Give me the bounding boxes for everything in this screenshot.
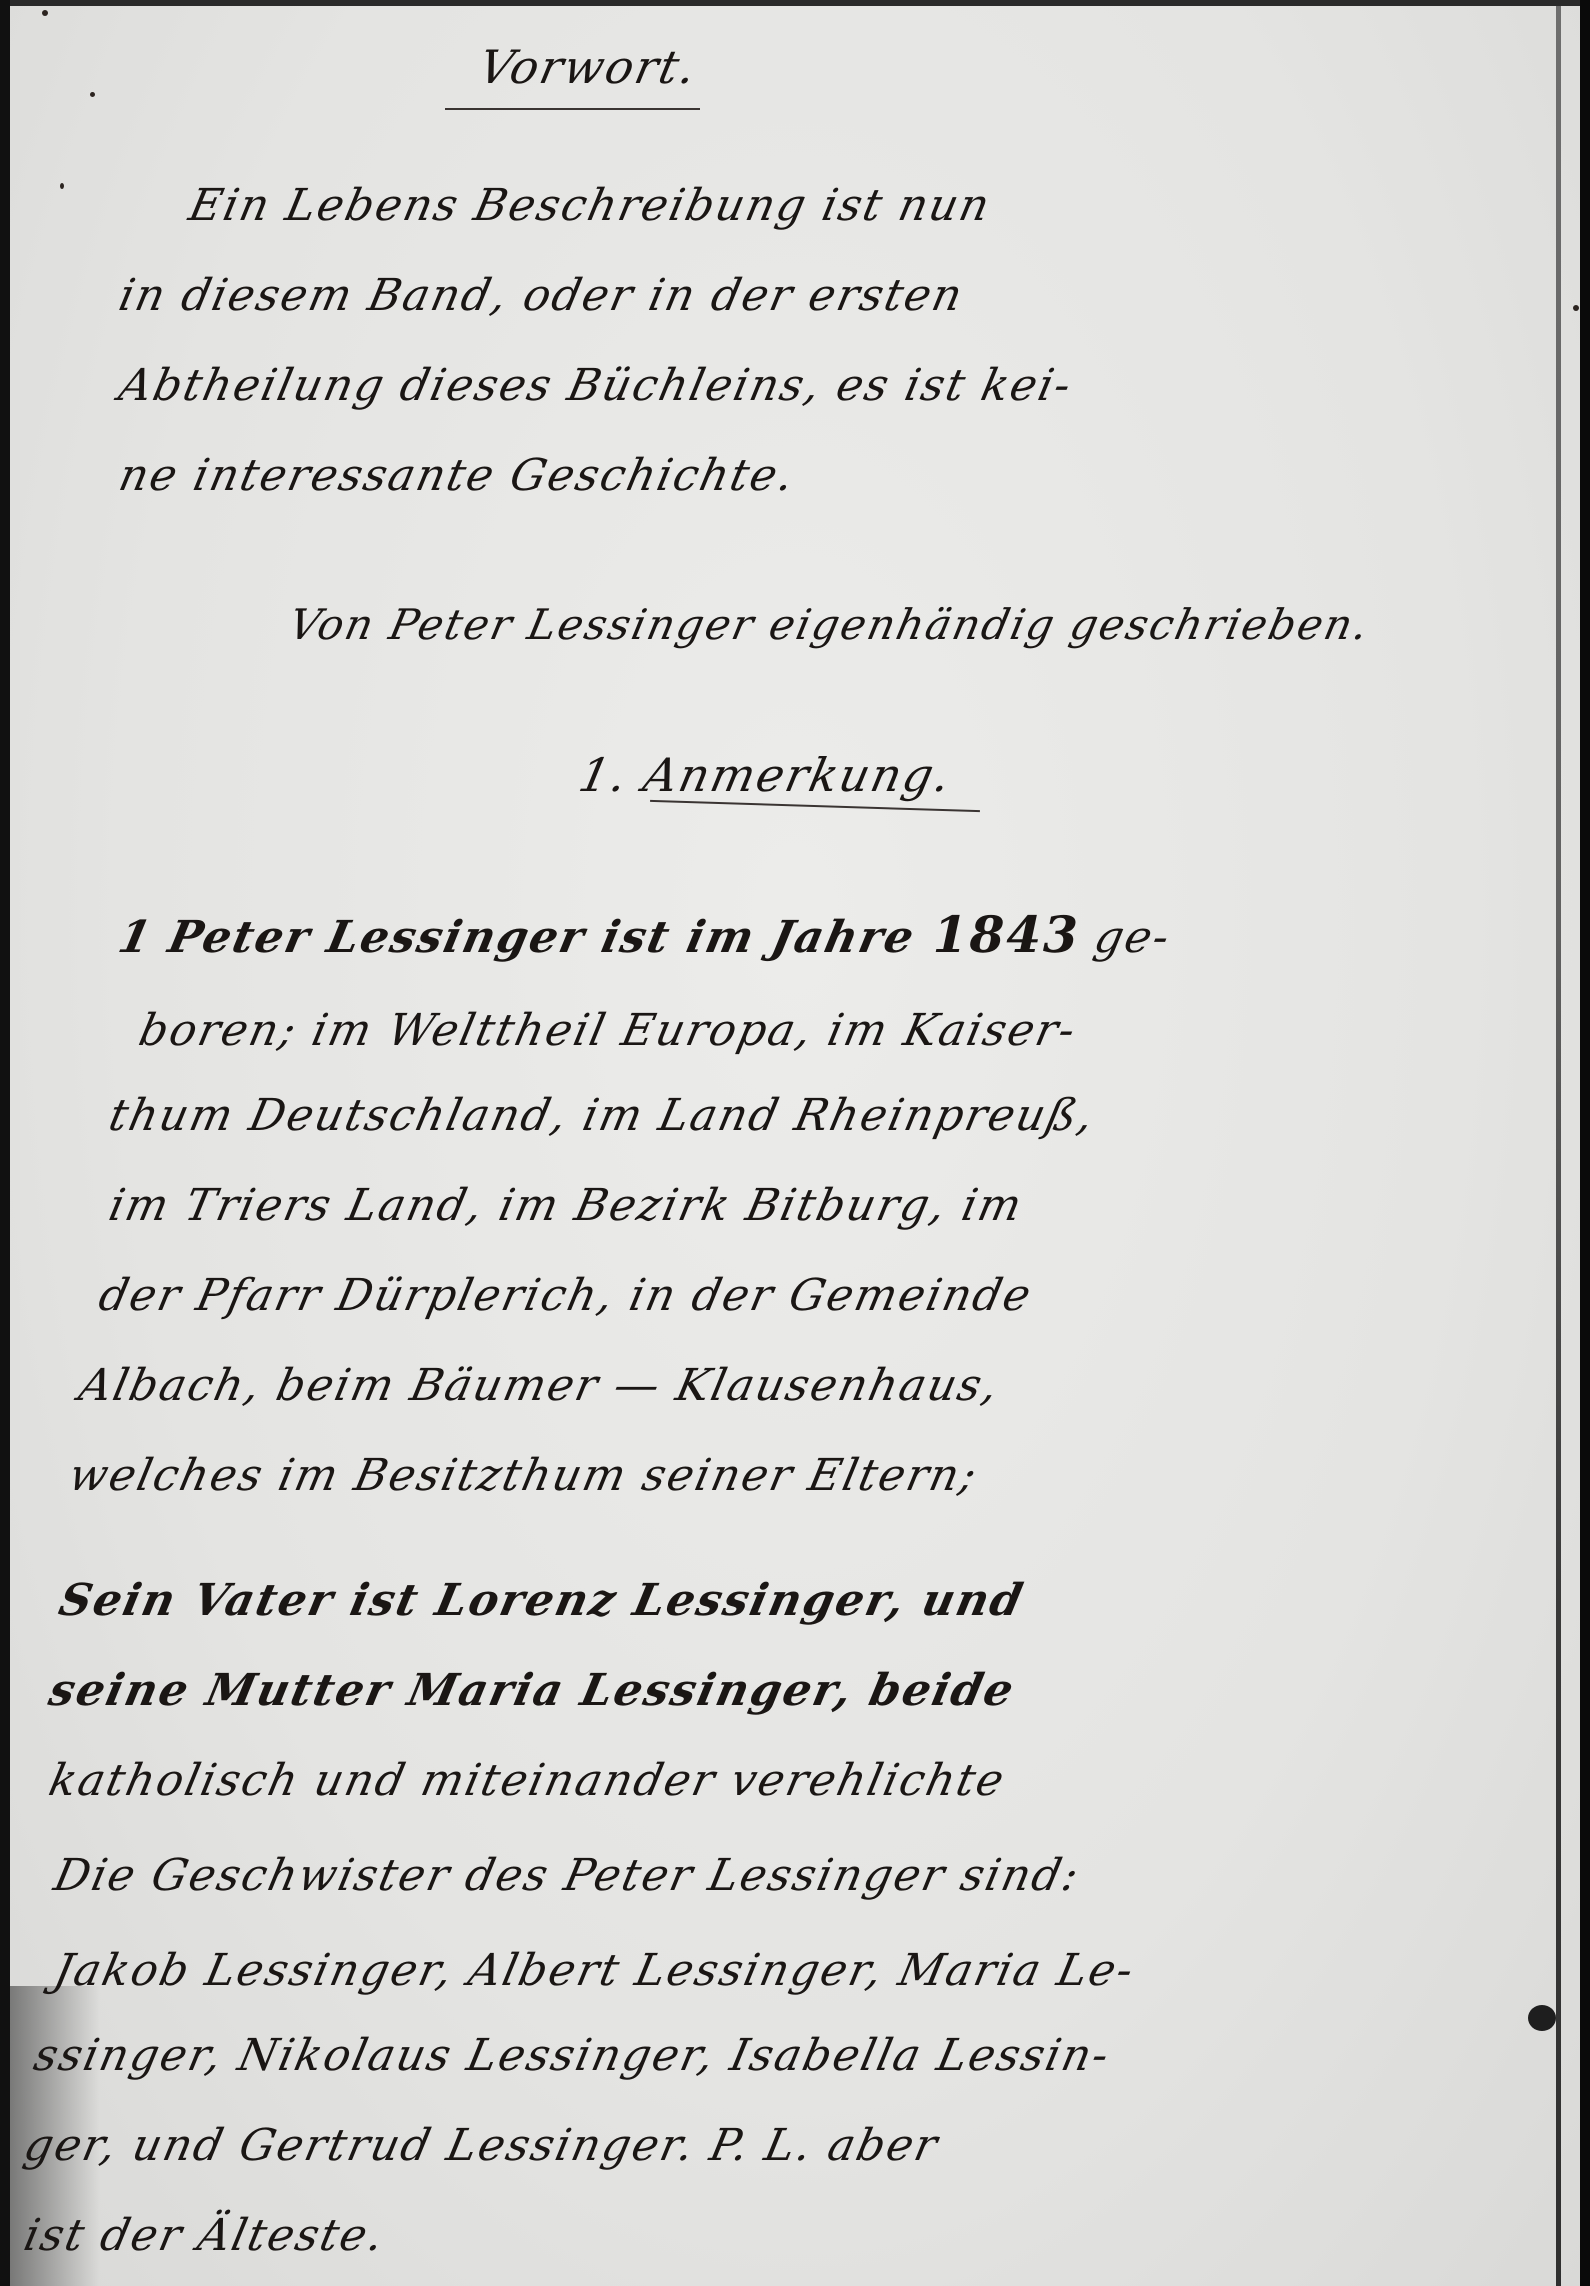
body-line: ger, und Gertrud Lessinger. P. L. aber xyxy=(20,2120,944,2171)
ink-blot xyxy=(1528,2005,1556,2031)
body-line-text: 1 Peter Lessinger ist im Jahre xyxy=(114,912,937,963)
preface-line: in diesem Band, oder in der ersten xyxy=(115,270,969,321)
body-line: welches im Besitzthum seiner Eltern; xyxy=(65,1450,983,1501)
body-line: Die Geschwister des Peter Lessinger sind… xyxy=(50,1850,1085,1901)
body-line-1: 1 Peter Lessinger ist im Jahre 1843 ge- xyxy=(114,905,1177,964)
body-line: Albach, beim Bäumer — Klausenhaus, xyxy=(75,1360,1005,1411)
body-line: der Pfarr Dürplerich, in der Gemeinde xyxy=(95,1270,1037,1321)
page-title: Vorwort. xyxy=(474,40,702,94)
body-line-text: ge- xyxy=(1074,912,1176,963)
right-margin-rule xyxy=(1556,6,1561,2286)
body-line: im Triers Land, im Bezirk Bitburg, im xyxy=(105,1180,1028,1231)
body-line: Jakob Lessinger, Albert Lessinger, Maria… xyxy=(50,1945,1140,1996)
body-line: katholisch und miteinander verehlichte xyxy=(45,1755,1011,1806)
dust-speck xyxy=(90,92,95,97)
body-line: Sein Vater ist Lorenz Lessinger, und xyxy=(55,1575,1029,1626)
dust-speck xyxy=(1573,305,1579,311)
body-line: thum Deutschland, im Land Rheinpreuß, xyxy=(105,1090,1100,1141)
body-line: ist der Älteste. xyxy=(20,2210,390,2261)
dust-speck xyxy=(60,183,64,189)
body-line: seine Mutter Maria Lessinger, beide xyxy=(45,1665,1020,1716)
title-underline xyxy=(445,108,700,110)
body-line: ssinger, Nikolaus Lessinger, Isabella Le… xyxy=(30,2030,1115,2081)
birth-year: 1843 xyxy=(926,905,1086,964)
photo-left-border xyxy=(0,0,10,2286)
dust-speck xyxy=(42,10,48,16)
manuscript-page xyxy=(10,6,1580,2286)
preface-line: Ein Lebens Beschreibung ist nun xyxy=(185,180,996,231)
photo-right-border xyxy=(1580,0,1590,2286)
section-heading: 1. Anmerkung. xyxy=(574,748,957,802)
preface-line: ne interessante Geschichte. xyxy=(115,450,800,501)
body-line: boren; im Welttheil Europa, im Kaiser- xyxy=(135,1005,1082,1056)
author-line: Von Peter Lessinger eigenhändig geschrie… xyxy=(285,600,1375,649)
preface-line: Abtheilung dieses Büchleins, es ist kei- xyxy=(115,360,1078,411)
